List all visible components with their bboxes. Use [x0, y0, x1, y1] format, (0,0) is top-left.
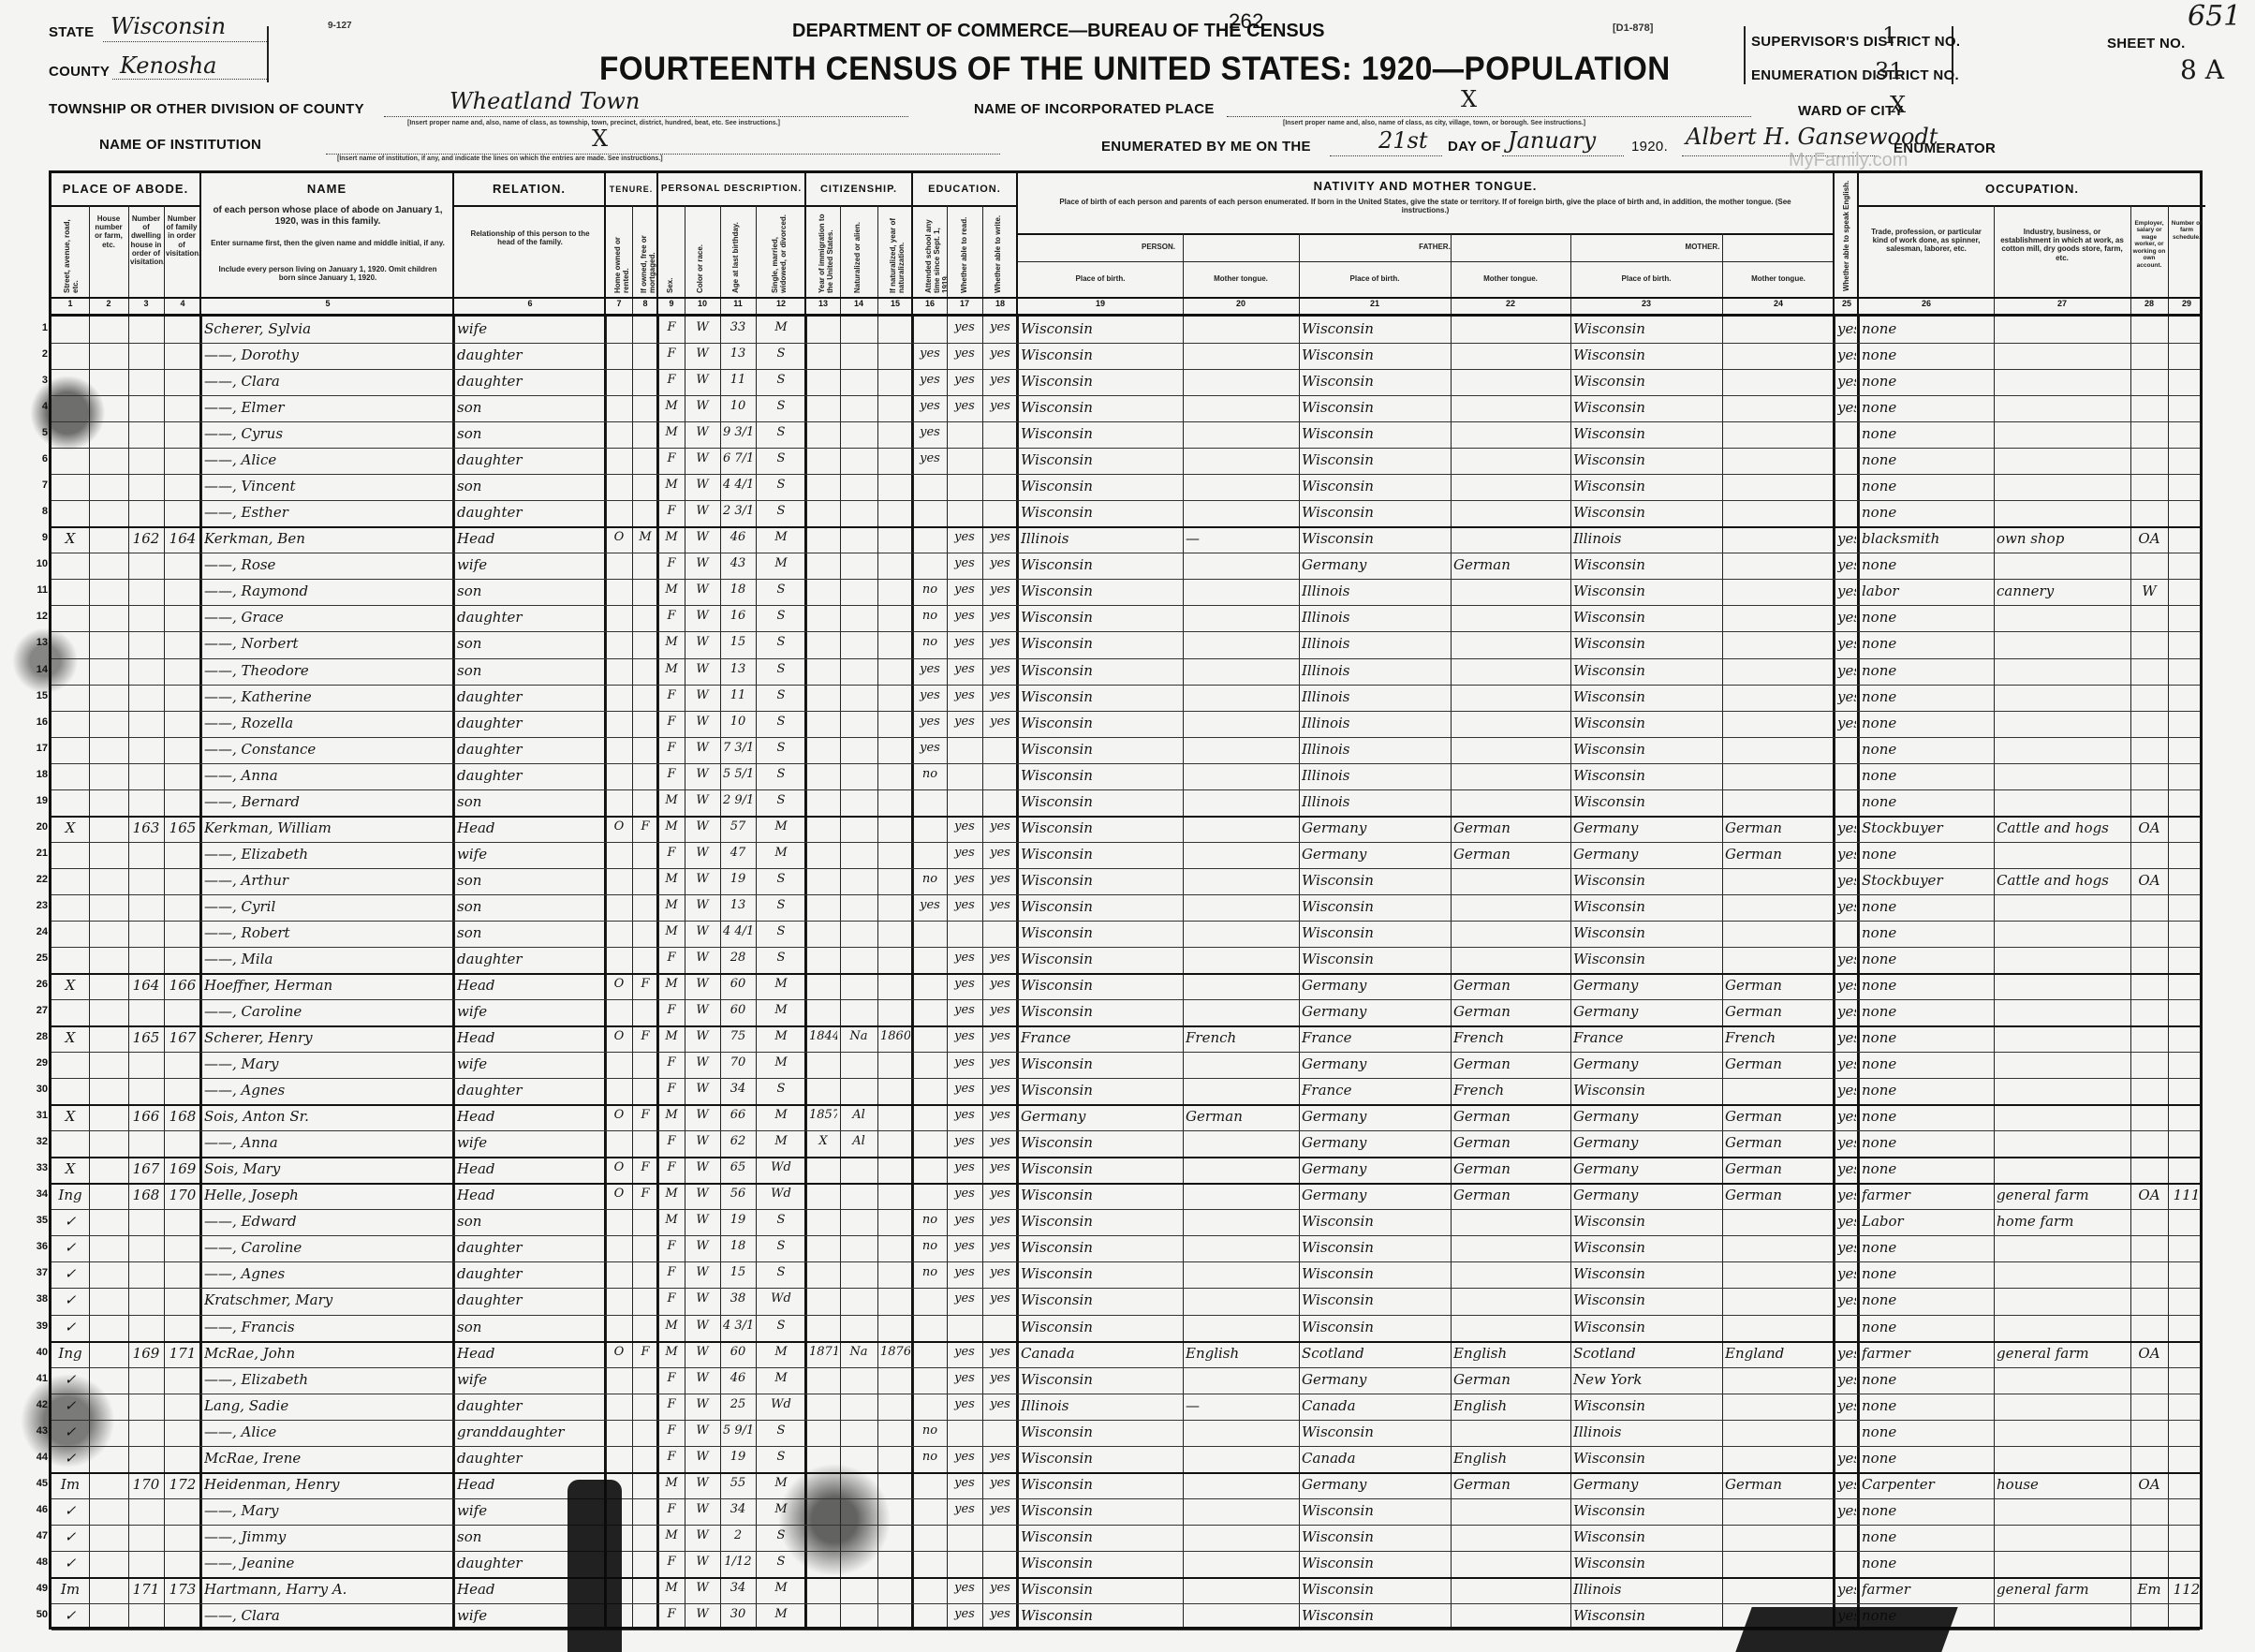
- birthplace: Wisconsin: [1021, 977, 1180, 994]
- marital-status: M: [759, 1502, 803, 1516]
- person-name: ——, Francis: [204, 1319, 451, 1335]
- person-name: Helle, Joseph: [204, 1187, 451, 1203]
- group-header: PERSONAL DESCRIPTION.: [658, 173, 804, 207]
- line-number: 44: [31, 1452, 48, 1463]
- birthplace: Wisconsin: [1021, 1291, 1180, 1308]
- speaks-english: yes: [1837, 399, 1856, 416]
- father-birthplace: Germany: [1302, 819, 1448, 836]
- can-read: yes: [950, 1607, 980, 1621]
- mother-tongue: English: [1186, 1345, 1296, 1362]
- birthplace: Wisconsin: [1021, 924, 1180, 941]
- person-name: ——, Mary: [204, 1055, 451, 1072]
- marital-status: S: [759, 1213, 803, 1227]
- line-number: 26: [31, 979, 48, 990]
- mother-tongue: —: [1186, 530, 1296, 547]
- column-number: 8: [632, 299, 658, 308]
- speaks-english: yes: [1837, 1265, 1856, 1282]
- relation: Head: [457, 977, 603, 994]
- father-tongue: German: [1453, 846, 1568, 863]
- father-birthplace: France: [1302, 1029, 1448, 1046]
- occupation-trade: none: [1862, 1528, 1991, 1545]
- visit-mark: Ing: [54, 1345, 86, 1362]
- speaks-english: yes: [1837, 898, 1856, 915]
- can-write: yes: [985, 898, 1015, 912]
- speaks-english: yes: [1837, 1108, 1856, 1125]
- marital-status: S: [759, 741, 803, 755]
- column-number: 19: [1018, 299, 1183, 308]
- race: W: [687, 898, 717, 912]
- occupation-trade: Stockbuyer: [1862, 819, 1991, 836]
- age: 60: [723, 977, 753, 991]
- occupation-trade: none: [1862, 793, 1991, 810]
- column-number: 27: [1994, 299, 2130, 308]
- sheet-value: 8 A: [2180, 54, 2224, 85]
- speaks-english: yes: [1837, 373, 1856, 390]
- dwelling-number: 169: [131, 1345, 161, 1362]
- home-owned: O: [609, 1029, 629, 1043]
- table-row: 31X166168Sois, Anton Sr.HeadOFMW66M1857A…: [52, 1104, 2200, 1130]
- speaks-english: yes: [1837, 1291, 1856, 1308]
- relation: wife: [457, 1134, 603, 1151]
- father-birthplace: Germany: [1302, 556, 1448, 573]
- speaks-english: yes: [1837, 347, 1856, 363]
- can-write: yes: [985, 609, 1015, 623]
- marital-status: S: [759, 715, 803, 729]
- race: W: [687, 951, 717, 965]
- person-name: Lang, Sadie: [204, 1397, 451, 1414]
- person-name: Scherer, Henry: [204, 1029, 451, 1046]
- free-mortgaged: M: [635, 530, 656, 544]
- sex: F: [661, 1397, 682, 1411]
- col1-header: Street, avenue, road, etc.: [63, 211, 80, 293]
- column-number: 26: [1859, 299, 1994, 308]
- line-number: 36: [31, 1241, 48, 1252]
- race: W: [687, 793, 717, 807]
- birthplace: Wisconsin: [1021, 1581, 1180, 1598]
- col2-header: House number or farm, etc.: [91, 214, 126, 249]
- column-number: 13: [806, 299, 840, 308]
- race: W: [687, 1055, 717, 1069]
- relation-desc: Relationship of this person to the head …: [464, 229, 597, 246]
- can-read: yes: [950, 347, 980, 361]
- birthplace: Wisconsin: [1021, 609, 1180, 626]
- mother-tongue: —: [1186, 1397, 1296, 1414]
- column-number: 21: [1299, 299, 1451, 308]
- table-row: 43✓——, AlicegranddaughterFW5 9/12SnoWisc…: [52, 1420, 2200, 1446]
- age: 30: [723, 1607, 753, 1621]
- col19-header: Place of birth.: [1018, 274, 1183, 283]
- occupation-trade: none: [1862, 373, 1991, 390]
- sex: M: [661, 399, 682, 413]
- speaks-english: yes: [1837, 872, 1856, 889]
- column-number: 15: [877, 299, 913, 308]
- township-underline: [384, 116, 908, 117]
- township-value: Wheatland Town: [450, 88, 640, 114]
- father-birthplace: Illinois: [1302, 583, 1448, 599]
- race: W: [687, 1502, 717, 1516]
- home-owned: O: [609, 1108, 629, 1122]
- school-attended: no: [916, 1213, 944, 1227]
- relation: son: [457, 924, 603, 941]
- occupation-trade: none: [1862, 347, 1991, 363]
- worker-class: OA: [2133, 1187, 2165, 1203]
- marital-status: S: [759, 793, 803, 807]
- can-write: yes: [985, 1607, 1015, 1621]
- mother-birthplace: Wisconsin: [1573, 1397, 1719, 1414]
- table-row: 3——, ClaradaughterFW11SyesyesyesWisconsi…: [52, 369, 2200, 395]
- dwelling-number: 163: [131, 819, 161, 836]
- age: 16: [723, 609, 753, 623]
- relation: Head: [457, 1345, 603, 1362]
- line-number: 25: [31, 952, 48, 964]
- person-name: ——, Mary: [204, 1502, 451, 1519]
- can-read: yes: [950, 898, 980, 912]
- father-birthplace: Wisconsin: [1302, 924, 1448, 941]
- visit-mark: X: [54, 1160, 86, 1177]
- dwelling-number: 171: [131, 1581, 161, 1598]
- sex: M: [661, 1029, 682, 1043]
- age: 19: [723, 872, 753, 886]
- visit-mark: ✓: [54, 1555, 86, 1571]
- marital-status: S: [759, 898, 803, 912]
- col17-header: Whether able to read.: [960, 211, 968, 293]
- relation: wife: [457, 1055, 603, 1072]
- table-row: 33X167169Sois, MaryHeadOFFW65WdyesyesWis…: [52, 1157, 2200, 1183]
- school-attended: no: [916, 583, 944, 597]
- can-read: yes: [950, 556, 980, 570]
- relation: Head: [457, 1029, 603, 1046]
- can-read: yes: [950, 530, 980, 544]
- race: W: [687, 1239, 717, 1253]
- line-number: 38: [31, 1293, 48, 1305]
- line-number: 6: [31, 453, 48, 465]
- naturalized: Al: [843, 1108, 875, 1122]
- race: W: [687, 1265, 717, 1279]
- relation: son: [457, 1213, 603, 1230]
- sex: M: [661, 425, 682, 439]
- family-number: 172: [167, 1476, 199, 1493]
- person-name: ——, Arthur: [204, 872, 451, 889]
- marital-status: M: [759, 530, 803, 544]
- marital-status: M: [759, 1345, 803, 1359]
- mother-mother-tongue: German: [1725, 1160, 1832, 1177]
- occupation-trade: none: [1862, 1134, 1991, 1151]
- group-header: TENURE.: [606, 173, 656, 207]
- father-birthplace: Germany: [1302, 1134, 1448, 1151]
- occupation-trade: none: [1862, 951, 1991, 967]
- line-number: 41: [31, 1373, 48, 1384]
- table-row: 24——, RobertsonMW4 4/12SWisconsinWiscons…: [52, 921, 2200, 947]
- group-header: RELATION.: [454, 173, 604, 207]
- race: W: [687, 1291, 717, 1305]
- can-write: yes: [985, 1239, 1015, 1253]
- person-name: Kerkman, Ben: [204, 530, 451, 547]
- sex: M: [661, 1319, 682, 1333]
- immigration-year: 1871: [809, 1345, 837, 1359]
- name-desc-2: Enter surname first, then the given name…: [211, 239, 445, 247]
- can-read: yes: [950, 1134, 980, 1148]
- mother-birthplace: Illinois: [1573, 1423, 1719, 1440]
- father-birthplace: Wisconsin: [1302, 478, 1448, 494]
- can-read: yes: [950, 583, 980, 597]
- age: 19: [723, 1213, 753, 1227]
- speaks-english: yes: [1837, 609, 1856, 626]
- line-number: 35: [31, 1215, 48, 1226]
- father-birthplace: Germany: [1302, 1476, 1448, 1493]
- occupation-trade: none: [1862, 1029, 1991, 1046]
- sex: M: [661, 1213, 682, 1227]
- home-owned: O: [609, 1345, 629, 1359]
- line-number: 48: [31, 1556, 48, 1568]
- mother-birthplace: Wisconsin: [1573, 951, 1719, 967]
- family-number: 170: [167, 1187, 199, 1203]
- sheet-corner-number: 651: [2188, 0, 2241, 33]
- father-tongue: English: [1453, 1450, 1568, 1467]
- school-attended: no: [916, 1423, 944, 1438]
- marital-status: S: [759, 688, 803, 702]
- sex: F: [661, 1450, 682, 1464]
- relation: son: [457, 872, 603, 889]
- marital-status: S: [759, 951, 803, 965]
- line-number: 11: [31, 584, 48, 596]
- home-owned: O: [609, 530, 629, 544]
- father-birthplace: Wisconsin: [1302, 1265, 1448, 1282]
- group-header: OCCUPATION.: [1859, 173, 2205, 207]
- can-write: yes: [985, 846, 1015, 860]
- age: 33: [723, 320, 753, 334]
- occupation-industry: home farm: [1997, 1213, 2128, 1230]
- can-write: yes: [985, 556, 1015, 570]
- mother-mother-tongue: German: [1725, 1187, 1832, 1203]
- institution-instructions: [Insert name of institution, if any, and…: [337, 155, 663, 162]
- line-number: 15: [31, 690, 48, 701]
- watermark: MyFamily.com: [1789, 150, 1908, 171]
- person-name: ——, Clara: [204, 1607, 451, 1624]
- race: W: [687, 741, 717, 755]
- person-name: ——, Anna: [204, 767, 451, 784]
- father-birthplace: Illinois: [1302, 793, 1448, 810]
- can-write: yes: [985, 1003, 1015, 1017]
- visit-mark: Im: [54, 1476, 86, 1493]
- marital-status: M: [759, 819, 803, 833]
- column-number: 7: [606, 299, 632, 308]
- marital-status: M: [759, 1003, 803, 1017]
- father-birthplace: Wisconsin: [1302, 1291, 1448, 1308]
- group-header: EDUCATION.: [913, 173, 1016, 207]
- person-name: Hartmann, Harry A.: [204, 1581, 451, 1598]
- census-table: PLACE OF ABODE. Street, avenue, road, et…: [49, 170, 2203, 1630]
- sex: F: [661, 688, 682, 702]
- township-label: TOWNSHIP OR OTHER DIVISION OF COUNTY: [49, 101, 364, 117]
- relation: son: [457, 1319, 603, 1335]
- form-number: 9-127: [328, 21, 352, 31]
- marital-status: M: [759, 1108, 803, 1122]
- marital-status: S: [759, 609, 803, 623]
- line-number: 29: [31, 1057, 48, 1069]
- sex: F: [661, 609, 682, 623]
- occupation-trade: none: [1862, 1055, 1991, 1072]
- marital-status: S: [759, 583, 803, 597]
- can-write: yes: [985, 1371, 1015, 1385]
- age: 34: [723, 1082, 753, 1096]
- school-attended: yes: [916, 373, 944, 387]
- father-birthplace: Wisconsin: [1302, 320, 1448, 337]
- school-attended: no: [916, 1450, 944, 1464]
- speaks-english: yes: [1837, 846, 1856, 863]
- incorporated-value: X: [1461, 86, 1477, 112]
- father-tongue: German: [1453, 1003, 1568, 1020]
- can-read: yes: [950, 1502, 980, 1516]
- occupation-trade: none: [1862, 1555, 1991, 1571]
- name-desc-1: of each person whose place of abode on J…: [211, 205, 445, 227]
- line-number: 32: [31, 1136, 48, 1147]
- father-birthplace: Wisconsin: [1302, 1502, 1448, 1519]
- mother-tongue: German: [1186, 1108, 1296, 1125]
- age: 10: [723, 715, 753, 729]
- marital-status: Wd: [759, 1397, 803, 1411]
- mother-birthplace: Wisconsin: [1573, 1502, 1719, 1519]
- birthplace: Wisconsin: [1021, 373, 1180, 390]
- can-read: yes: [950, 951, 980, 965]
- birthplace: Wisconsin: [1021, 767, 1180, 784]
- speaks-english: yes: [1837, 1003, 1856, 1020]
- birthplace: Wisconsin: [1021, 819, 1180, 836]
- can-read: yes: [950, 977, 980, 991]
- birthplace: Wisconsin: [1021, 556, 1180, 573]
- relation: wife: [457, 1003, 603, 1020]
- col23-header: Place of birth.: [1570, 274, 1722, 283]
- can-write: yes: [985, 530, 1015, 544]
- worker-class: OA: [2133, 1345, 2165, 1362]
- enumerated-year: 1920.: [1631, 139, 1668, 155]
- can-write: yes: [985, 320, 1015, 334]
- person-name: ——, Constance: [204, 741, 451, 758]
- occupation-trade: farmer: [1862, 1581, 1991, 1598]
- visit-mark: ✓: [54, 1371, 86, 1388]
- occupation-trade: none: [1862, 688, 1991, 705]
- can-write: yes: [985, 1134, 1015, 1148]
- table-row: 19——, BernardsonMW2 9/12SWisconsinIllino…: [52, 789, 2200, 816]
- col26-header: Trade, profession, or particular kind of…: [1863, 228, 1990, 254]
- occupation-trade: none: [1862, 741, 1991, 758]
- family-number: 164: [167, 530, 199, 547]
- can-write: yes: [985, 688, 1015, 702]
- age: 38: [723, 1291, 753, 1305]
- birthplace: Wisconsin: [1021, 1003, 1180, 1020]
- enumeration-label: ENUMERATION DISTRICT NO.: [1751, 67, 1959, 83]
- col10-header: Color or race.: [696, 211, 704, 293]
- person-name: ——, Elmer: [204, 399, 451, 416]
- speaks-english: yes: [1837, 1160, 1856, 1177]
- school-attended: no: [916, 635, 944, 649]
- table-row: 25——, MiladaughterFW28SyesyesWisconsinWi…: [52, 947, 2200, 973]
- line-number: 20: [31, 821, 48, 833]
- col28-header: Employer, salary or wage worker, or work…: [2132, 220, 2166, 269]
- free-mortgaged: F: [635, 1187, 656, 1201]
- visit-mark: ✓: [54, 1319, 86, 1335]
- age: 2: [723, 1528, 753, 1542]
- state-county-bracket: [267, 26, 269, 82]
- mother-birthplace: Wisconsin: [1573, 425, 1719, 442]
- person-name: McRae, Irene: [204, 1450, 451, 1467]
- mother-header: MOTHER.: [1570, 243, 1835, 251]
- birthplace: Illinois: [1021, 1397, 1180, 1414]
- sex: F: [661, 767, 682, 781]
- father-tongue: English: [1453, 1345, 1568, 1362]
- marital-status: M: [759, 1134, 803, 1148]
- can-write: yes: [985, 1055, 1015, 1069]
- race: W: [687, 819, 717, 833]
- birthplace: Wisconsin: [1021, 451, 1180, 468]
- sex: F: [661, 504, 682, 518]
- table-row: 8——, EstherdaughterFW2 3/12SWisconsinWis…: [52, 500, 2200, 526]
- age: 43: [723, 556, 753, 570]
- marital-status: M: [759, 1055, 803, 1069]
- sex: M: [661, 977, 682, 991]
- race: W: [687, 320, 717, 334]
- person-name: ——, Rozella: [204, 715, 451, 731]
- can-read: yes: [950, 1108, 980, 1122]
- occupation-trade: none: [1862, 662, 1991, 679]
- line-number: 9: [31, 532, 48, 543]
- occupation-trade: none: [1862, 715, 1991, 731]
- table-row: 15——, KatherinedaughterFW11SyesyesyesWis…: [52, 685, 2200, 711]
- line-number: 50: [31, 1609, 48, 1620]
- mother-tongue: French: [1186, 1029, 1296, 1046]
- mother-birthplace: Wisconsin: [1573, 399, 1719, 416]
- age: 18: [723, 583, 753, 597]
- can-write: yes: [985, 1345, 1015, 1359]
- person-name: ——, Esther: [204, 504, 451, 521]
- marital-status: M: [759, 320, 803, 334]
- person-name: ——, Rose: [204, 556, 451, 573]
- mother-birthplace: Wisconsin: [1573, 1607, 1719, 1624]
- sex: F: [661, 1607, 682, 1621]
- relation: wife: [457, 556, 603, 573]
- mother-birthplace: Wisconsin: [1573, 451, 1719, 468]
- can-write: yes: [985, 1213, 1015, 1227]
- group-header: PLACE OF ABODE.: [52, 173, 199, 207]
- table-row: 38✓Kratschmer, MarydaughterFW38WdyesyesW…: [52, 1288, 2200, 1314]
- school-attended: yes: [916, 425, 944, 439]
- age: 66: [723, 1108, 753, 1122]
- age: 34: [723, 1581, 753, 1595]
- line-number: 23: [31, 900, 48, 911]
- occupation-trade: none: [1862, 1371, 1991, 1388]
- can-read: yes: [950, 1160, 980, 1174]
- birthplace: Wisconsin: [1021, 320, 1180, 337]
- father-birthplace: Germany: [1302, 1003, 1448, 1020]
- father-birthplace: Germany: [1302, 1371, 1448, 1388]
- relation: son: [457, 399, 603, 416]
- group-header: NATIVITY AND MOTHER TONGUE.: [1018, 173, 1833, 199]
- mother-birthplace: Germany: [1573, 1108, 1719, 1125]
- can-write: yes: [985, 662, 1015, 676]
- marital-status: M: [759, 1476, 803, 1490]
- race: W: [687, 924, 717, 938]
- marital-status: S: [759, 1265, 803, 1279]
- age: 11: [723, 688, 753, 702]
- father-birthplace: Illinois: [1302, 715, 1448, 731]
- speaks-english: yes: [1837, 583, 1856, 599]
- marital-status: S: [759, 1528, 803, 1542]
- person-name: ——, Anna: [204, 1134, 451, 1151]
- occupation-trade: Carpenter: [1862, 1476, 1991, 1493]
- table-row: 36✓——, CarolinedaughterFW18SnoyesyesWisc…: [52, 1235, 2200, 1261]
- speaks-english: yes: [1837, 635, 1856, 652]
- column-number: 22: [1451, 299, 1570, 308]
- person-name: ——, Agnes: [204, 1082, 451, 1099]
